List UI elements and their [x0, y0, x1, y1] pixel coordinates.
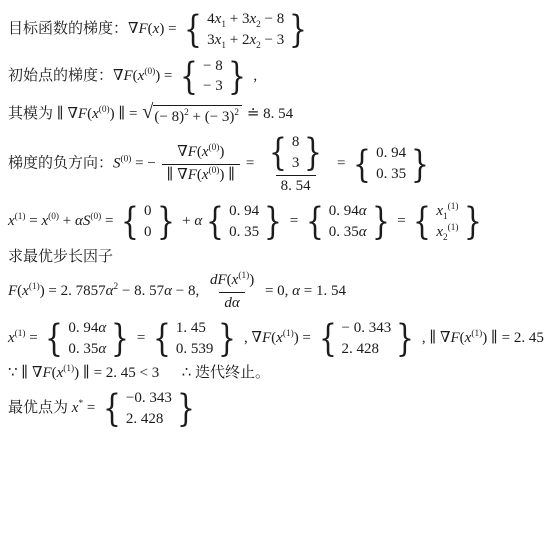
math-text: 2. 428: [126, 411, 164, 427]
numerator: {83}: [260, 132, 331, 176]
math-text: (0): [209, 166, 220, 176]
vector-entry: − 0. 343: [340, 318, 394, 339]
vector-entry: 1. 45: [174, 318, 208, 339]
math-text: α: [292, 283, 300, 299]
vector-entry: 0. 94α: [66, 318, 108, 339]
column-vector: {0. 940. 35}: [203, 201, 285, 243]
math-text: 0. 94: [329, 203, 359, 219]
math-text: (1): [29, 282, 40, 292]
math-text: F: [451, 330, 460, 346]
vector-entry: x2(1): [434, 222, 460, 243]
column-vector: {0. 94α0. 35α}: [303, 201, 393, 243]
math-text: − 8,: [172, 283, 203, 299]
vector-column: 0. 94α0. 35α: [66, 318, 108, 360]
math-text: ) =: [294, 330, 315, 346]
formula-line: 目标函数的梯度：∇F(x) = {4x1 + 3x2 − 83x1 + 2x2 …: [8, 9, 553, 51]
math-text: 初始点的梯度：: [8, 68, 113, 84]
formula-line: 其模为 ∥ ∇F(x(0)) ∥ = √(− 8)2 + (− 3)2 ≐ 8.…: [8, 102, 553, 127]
math-text: 0. 94: [376, 145, 406, 161]
math-text: =: [26, 330, 42, 346]
formula-line: 求最优步长因子: [8, 248, 553, 267]
math-text: x: [276, 330, 283, 346]
vector-entry: 0. 94α: [327, 201, 369, 222]
left-brace-icon: {: [319, 323, 337, 354]
math-text: 3: [292, 155, 300, 171]
left-brace-icon: {: [153, 323, 171, 354]
math-text: − 3: [203, 78, 223, 94]
math-text: 2: [234, 108, 239, 118]
math-text: 0. 539: [176, 341, 214, 357]
math-text: (1): [448, 202, 459, 212]
math-text: =: [101, 213, 117, 229]
right-brace-icon: }: [177, 393, 195, 424]
math-text: ∇: [113, 68, 123, 84]
vector-column: 1. 450. 539: [174, 318, 216, 360]
math-text: 3: [207, 32, 215, 48]
vector-entry: 0. 35α: [327, 222, 369, 243]
fraction: {83}8. 54: [260, 132, 331, 196]
left-brace-icon: {: [206, 206, 224, 237]
vector-column: −0. 3432. 428: [124, 388, 174, 430]
math-text: +: [178, 213, 194, 229]
vector-entry: 0: [142, 201, 154, 222]
math-text: 其模为: [8, 106, 57, 122]
math-text: 最优点为: [8, 400, 72, 416]
left-brace-icon: {: [180, 61, 198, 92]
math-text: ≐ 8. 54: [243, 106, 293, 122]
column-vector: {0. 94α0. 35α}: [42, 318, 132, 360]
math-text: =: [26, 213, 42, 229]
math-text: ∴ 迭代终止。: [159, 365, 270, 381]
math-text: α: [98, 320, 106, 336]
math-text: 4: [207, 11, 215, 27]
math-text: ,: [250, 68, 258, 84]
vector-entry: 2. 428: [124, 409, 166, 430]
vector-column: 83: [290, 132, 302, 174]
math-text: − 3: [261, 32, 284, 48]
vector-entry: 2. 428: [340, 339, 382, 360]
vector-entry: 0. 539: [174, 339, 216, 360]
vector-entry: 0. 35: [374, 164, 408, 185]
left-brace-icon: {: [413, 206, 431, 237]
column-vector: {x1(1)x2(1)}: [410, 201, 484, 243]
right-brace-icon: }: [411, 149, 429, 180]
math-text: α: [359, 203, 367, 219]
math-text: F: [262, 330, 271, 346]
right-brace-icon: }: [218, 323, 236, 354]
math-text: =: [133, 330, 149, 346]
left-brace-icon: {: [121, 206, 139, 237]
math-text: =: [333, 155, 349, 171]
math-text: α: [98, 341, 106, 357]
math-text: 0: [144, 224, 152, 240]
math-text: (1): [15, 329, 26, 339]
math-text: x: [22, 283, 29, 299]
fraction: dF(x(1))dα: [205, 271, 259, 313]
vector-entry: − 8: [201, 56, 225, 77]
math-text: 2: [443, 233, 448, 243]
vector-entry: 3x1 + 2x2 − 3: [205, 30, 286, 51]
left-brace-icon: {: [269, 137, 287, 168]
numerator: dF(x(1)): [205, 271, 259, 292]
math-text: ): [219, 144, 224, 160]
right-brace-icon: }: [372, 206, 390, 237]
column-vector: {1. 450. 539}: [150, 318, 239, 360]
math-text: S: [113, 155, 121, 171]
vector-column: 00: [142, 201, 154, 243]
math-text: ∇: [128, 21, 138, 37]
right-brace-icon: }: [228, 61, 246, 92]
math-text: x: [202, 144, 209, 160]
math-text: 0. 94: [229, 203, 259, 219]
math-text: ) ∥: [219, 167, 235, 183]
math-text: ) = 2. 7857: [40, 283, 106, 299]
math-text: −0. 343: [126, 390, 172, 406]
square-root: √(− 8)2 + (− 3)2: [142, 102, 242, 127]
denominator: 8. 54: [276, 175, 316, 196]
column-vector: {4x1 + 3x2 − 83x1 + 2x2 − 3}: [181, 9, 310, 51]
math-text: =: [286, 213, 302, 229]
math-text: , ∥ ∇: [418, 330, 450, 346]
vector-entry: −0. 343: [124, 388, 174, 409]
math-text: x: [8, 330, 15, 346]
math-text: F: [8, 283, 17, 299]
math-text: ) =: [159, 21, 180, 37]
math-text: + (− 3): [189, 109, 235, 125]
vector-column: 0. 94α0. 35α: [327, 201, 369, 243]
math-text: 0: [144, 203, 152, 219]
formula-line: x(1) = {0. 94α0. 35α} = {1. 450. 539} , …: [8, 318, 553, 360]
math-text: F: [188, 144, 197, 160]
formula-line: x(1) = x(0) + αS(0) = {00} + α{0. 940. 3…: [8, 201, 553, 243]
math-text: + 2: [226, 32, 249, 48]
formula-line: 梯度的负方向：S(0) = − ∇F(x(0))∥ ∇F(x(0)) ∥ = {…: [8, 132, 553, 196]
formula-line: 初始点的梯度：∇F(x(0)) = {− 8− 3} ,: [8, 56, 553, 98]
vector-entry: 0. 94: [374, 143, 408, 164]
math-text: ∥ ∇: [167, 167, 188, 183]
math-text: 8. 54: [281, 178, 311, 194]
vector-column: x1(1)x2(1): [434, 201, 460, 243]
column-vector: {−0. 3432. 428}: [100, 388, 198, 430]
math-text: ): [249, 272, 254, 288]
math-text: (1): [448, 223, 459, 233]
math-text: 1: [443, 212, 448, 222]
math-text: =: [83, 400, 99, 416]
math-text: ) ∥ = 2. 45: [482, 330, 544, 346]
math-text: x: [436, 224, 443, 240]
math-text: 2. 428: [342, 341, 380, 357]
radical-sign-icon: √: [142, 102, 153, 122]
column-vector: {− 8− 3}: [177, 56, 248, 98]
vector-entry: x1(1): [434, 201, 460, 222]
math-text: =: [242, 155, 258, 171]
math-text: (1): [238, 271, 249, 281]
vector-entry: 4x1 + 3x2 − 8: [205, 9, 286, 30]
math-text: +: [59, 213, 75, 229]
vector-column: 0. 940. 35: [374, 143, 408, 185]
left-brace-icon: {: [103, 393, 121, 424]
vector-column: − 8− 3: [201, 56, 225, 98]
formula-line: 最优点为 x* = {−0. 3432. 428}: [8, 388, 553, 430]
math-text: α: [194, 213, 202, 229]
math-text: + 3: [226, 11, 249, 27]
math-text: − 8: [203, 58, 223, 74]
math-text: dα: [224, 295, 239, 311]
math-text: 0. 94: [68, 320, 98, 336]
math-text: = 1. 54: [300, 283, 346, 299]
vector-entry: 0. 35: [227, 222, 261, 243]
math-text: ) ∥ =: [110, 106, 142, 122]
vector-entry: 8: [290, 132, 302, 153]
math-text: F: [78, 106, 87, 122]
left-brace-icon: {: [353, 149, 371, 180]
formula-line: ∵ ∥ ∇F(x(1)) ∥ = 2. 45 < 3 ∴ 迭代终止。: [8, 364, 553, 383]
math-text: F: [139, 21, 148, 37]
math-text: x: [436, 203, 443, 219]
vector-column: 0. 940. 35: [227, 201, 261, 243]
math-text: 1. 45: [176, 320, 206, 336]
right-brace-icon: }: [111, 323, 129, 354]
formula-line: F(x(1)) = 2. 7857α2 − 8. 57α − 8, dF(x(1…: [8, 271, 553, 313]
radicand: (− 8)2 + (− 3)2: [153, 105, 242, 127]
math-text: (1): [15, 212, 26, 222]
right-brace-icon: }: [289, 14, 307, 45]
math-text: αS: [75, 213, 90, 229]
math-text: (− 8): [154, 109, 184, 125]
left-brace-icon: {: [45, 323, 63, 354]
math-text: (0): [209, 143, 220, 153]
math-text: 0. 35: [329, 224, 359, 240]
denominator: dα: [219, 292, 244, 313]
math-text: (0): [48, 212, 59, 222]
column-vector: {− 0. 3432. 428}: [316, 318, 417, 360]
right-brace-icon: }: [463, 206, 481, 237]
math-text: =: [394, 213, 410, 229]
math-text: ) ∥ = 2. 45 < 3: [74, 365, 159, 381]
math-text: ∵ ∥ ∇: [8, 365, 42, 381]
column-vector: {00}: [118, 201, 177, 243]
document-page: 目标函数的梯度：∇F(x) = {4x1 + 3x2 − 83x1 + 2x2 …: [0, 0, 555, 430]
math-text: (0): [90, 212, 101, 222]
math-text: − 8. 57: [118, 283, 164, 299]
math-text: ) =: [155, 68, 176, 84]
math-text: 0. 35: [229, 224, 259, 240]
math-text: α: [164, 283, 172, 299]
math-text: 目标函数的梯度：: [8, 21, 128, 37]
column-vector: {0. 940. 35}: [350, 143, 432, 185]
math-text: (1): [471, 329, 482, 339]
math-text: (0): [121, 154, 132, 164]
math-text: x: [202, 167, 209, 183]
right-brace-icon: }: [264, 206, 282, 237]
denominator: ∥ ∇F(x(0)) ∥: [162, 164, 241, 185]
math-text: dF: [210, 272, 227, 288]
math-text: 求最优步长因子: [8, 249, 113, 265]
math-text: − 0. 343: [342, 320, 392, 336]
vector-entry: − 3: [201, 76, 225, 97]
math-text: α: [359, 224, 367, 240]
math-text: x: [8, 213, 15, 229]
math-text: = 0,: [261, 283, 292, 299]
math-text: α: [106, 283, 114, 299]
math-text: = −: [131, 155, 159, 171]
vector-column: − 0. 3432. 428: [340, 318, 394, 360]
math-text: 8: [292, 134, 300, 150]
math-text: (0): [144, 67, 155, 77]
left-brace-icon: {: [306, 206, 324, 237]
math-text: , ∇: [240, 330, 262, 346]
vector-entry: 3: [290, 153, 302, 174]
math-text: (1): [283, 329, 294, 339]
right-brace-icon: }: [156, 206, 174, 237]
vector-column: 4x1 + 3x2 − 83x1 + 2x2 − 3: [205, 9, 286, 51]
vector-entry: 0: [142, 222, 154, 243]
math-text: ∇: [177, 144, 187, 160]
math-text: 0. 35: [376, 166, 406, 182]
math-text: ∥ ∇: [57, 106, 78, 122]
math-text: F: [42, 365, 51, 381]
left-brace-icon: {: [184, 14, 202, 45]
math-text: − 8: [261, 11, 284, 27]
math-text: x: [92, 106, 99, 122]
math-text: F: [188, 167, 197, 183]
math-text: (0): [99, 105, 110, 115]
math-text: F: [124, 68, 133, 84]
vector-entry: 0. 94: [227, 201, 261, 222]
math-text: 0. 35: [68, 341, 98, 357]
math-text: (1): [63, 364, 74, 374]
right-brace-icon: }: [304, 137, 322, 168]
column-vector: {83}: [266, 132, 325, 174]
numerator: ∇F(x(0)): [172, 143, 229, 164]
vector-entry: 0. 35α: [66, 339, 108, 360]
right-brace-icon: }: [396, 323, 414, 354]
math-text: 梯度的负方向：: [8, 155, 113, 171]
fraction: ∇F(x(0))∥ ∇F(x(0)) ∥: [162, 143, 241, 185]
